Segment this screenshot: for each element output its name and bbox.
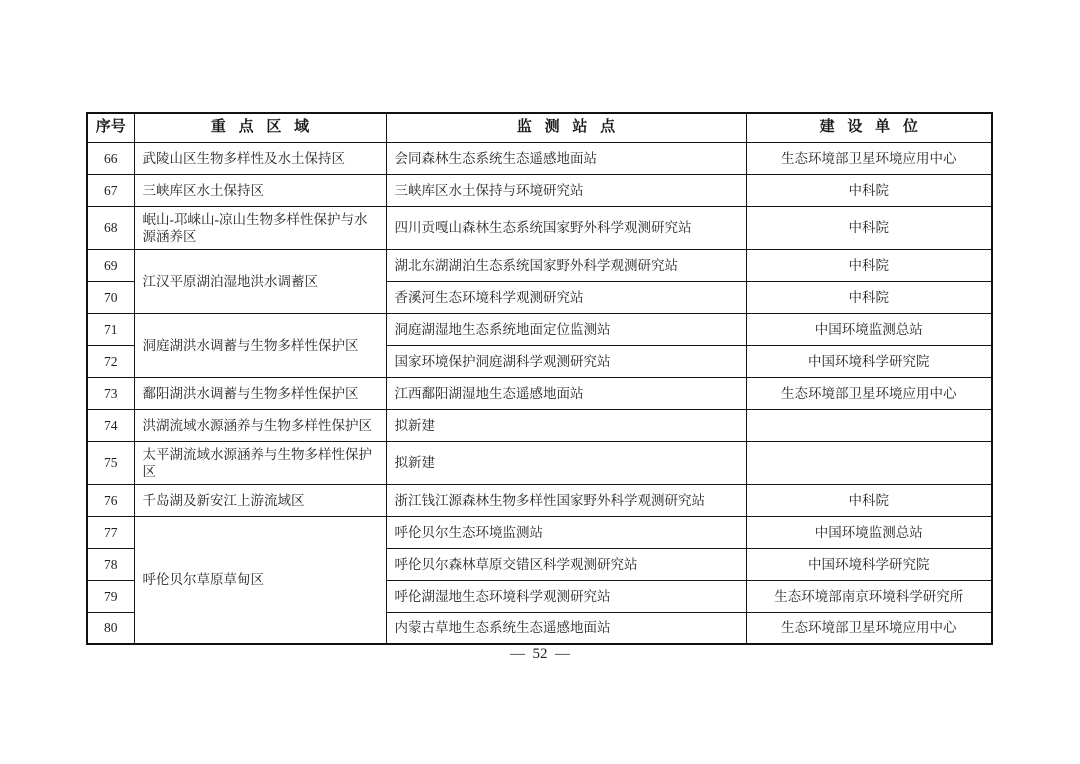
region-cell: 洞庭湖洪水调蓄与生物多样性保护区: [134, 313, 386, 377]
table-row: 73 鄱阳湖洪水调蓄与生物多样性保护区 江西鄱阳湖湿地生态遥感地面站 生态环境部…: [87, 377, 992, 409]
station-cell: 会同森林生态系统生态遥感地面站: [386, 142, 746, 174]
region-cell: 鄱阳湖洪水调蓄与生物多样性保护区: [134, 377, 386, 409]
builder-cell: [746, 441, 992, 484]
builder-cell: 中国环境科学研究院: [746, 548, 992, 580]
seq-cell: 69: [87, 249, 134, 281]
region-cell: 岷山-邛崃山-凉山生物多样性保护与水源涵养区: [134, 206, 386, 249]
region-cell: 三峡库区水土保持区: [134, 174, 386, 206]
seq-cell: 76: [87, 484, 134, 516]
builder-cell: 生态环境部南京环境科学研究所: [746, 580, 992, 612]
seq-cell: 67: [87, 174, 134, 206]
seq-cell: 73: [87, 377, 134, 409]
station-cell: 浙江钱江源森林生物多样性国家野外科学观测研究站: [386, 484, 746, 516]
station-cell: 呼伦贝尔生态环境监测站: [386, 516, 746, 548]
table-row: 66 武陵山区生物多样性及水土保持区 会同森林生态系统生态遥感地面站 生态环境部…: [87, 142, 992, 174]
station-cell: 拟新建: [386, 409, 746, 441]
station-cell: 四川贡嘎山森林生态系统国家野外科学观测研究站: [386, 206, 746, 249]
seq-cell: 75: [87, 441, 134, 484]
station-cell: 呼伦贝尔森林草原交错区科学观测研究站: [386, 548, 746, 580]
seq-cell: 66: [87, 142, 134, 174]
builder-cell: 中科院: [746, 174, 992, 206]
seq-cell: 71: [87, 313, 134, 345]
seq-cell: 72: [87, 345, 134, 377]
station-cell: 三峡库区水土保持与环境研究站: [386, 174, 746, 206]
table-row: 76 千岛湖及新安江上游流域区 浙江钱江源森林生物多样性国家野外科学观测研究站 …: [87, 484, 992, 516]
document-page: 序号 重 点 区 域 监 测 站 点 建 设 单 位 66 武陵山区生物多样性及…: [0, 0, 1080, 764]
header-builder: 建 设 单 位: [746, 113, 992, 142]
builder-cell: [746, 409, 992, 441]
station-cell: 拟新建: [386, 441, 746, 484]
region-cell: 洪湖流域水源涵养与生物多样性保护区: [134, 409, 386, 441]
builder-cell: 中国环境监测总站: [746, 516, 992, 548]
seq-cell: 80: [87, 612, 134, 644]
key-areas-monitoring-table: 序号 重 点 区 域 监 测 站 点 建 设 单 位 66 武陵山区生物多样性及…: [86, 112, 993, 645]
region-cell: 江汉平原湖泊湿地洪水调蓄区: [134, 249, 386, 313]
region-cell: 武陵山区生物多样性及水土保持区: [134, 142, 386, 174]
table-row: 75 太平湖流域水源涵养与生物多样性保护区 拟新建: [87, 441, 992, 484]
table-row: 69 江汉平原湖泊湿地洪水调蓄区 湖北东湖湖泊生态系统国家野外科学观测研究站 中…: [87, 249, 992, 281]
table-header-row: 序号 重 点 区 域 监 测 站 点 建 设 单 位: [87, 113, 992, 142]
table-row: 67 三峡库区水土保持区 三峡库区水土保持与环境研究站 中科院: [87, 174, 992, 206]
seq-cell: 70: [87, 281, 134, 313]
header-region: 重 点 区 域: [134, 113, 386, 142]
table-row: 68 岷山-邛崃山-凉山生物多样性保护与水源涵养区 四川贡嘎山森林生态系统国家野…: [87, 206, 992, 249]
builder-cell: 中国环境监测总站: [746, 313, 992, 345]
builder-cell: 中国环境科学研究院: [746, 345, 992, 377]
builder-cell: 中科院: [746, 484, 992, 516]
builder-cell: 中科院: [746, 249, 992, 281]
seq-cell: 74: [87, 409, 134, 441]
seq-cell: 79: [87, 580, 134, 612]
table-row: 77 呼伦贝尔草原草甸区 呼伦贝尔生态环境监测站 中国环境监测总站: [87, 516, 992, 548]
builder-cell: 生态环境部卫星环境应用中心: [746, 377, 992, 409]
station-cell: 呼伦湖湿地生态环境科学观测研究站: [386, 580, 746, 612]
builder-cell: 生态环境部卫星环境应用中心: [746, 142, 992, 174]
station-cell: 洞庭湖湿地生态系统地面定位监测站: [386, 313, 746, 345]
header-seq: 序号: [87, 113, 134, 142]
builder-cell: 中科院: [746, 206, 992, 249]
seq-cell: 68: [87, 206, 134, 249]
region-cell: 太平湖流域水源涵养与生物多样性保护区: [134, 441, 386, 484]
page-number: — 52 —: [0, 646, 1080, 663]
builder-cell: 生态环境部卫星环境应用中心: [746, 612, 992, 644]
station-cell: 江西鄱阳湖湿地生态遥感地面站: [386, 377, 746, 409]
station-cell: 国家环境保护洞庭湖科学观测研究站: [386, 345, 746, 377]
region-cell: 呼伦贝尔草原草甸区: [134, 516, 386, 644]
seq-cell: 77: [87, 516, 134, 548]
station-cell: 香溪河生态环境科学观测研究站: [386, 281, 746, 313]
station-cell: 内蒙古草地生态系统生态遥感地面站: [386, 612, 746, 644]
builder-cell: 中科院: [746, 281, 992, 313]
table-row: 74 洪湖流域水源涵养与生物多样性保护区 拟新建: [87, 409, 992, 441]
table-row: 71 洞庭湖洪水调蓄与生物多样性保护区 洞庭湖湿地生态系统地面定位监测站 中国环…: [87, 313, 992, 345]
header-station: 监 测 站 点: [386, 113, 746, 142]
station-cell: 湖北东湖湖泊生态系统国家野外科学观测研究站: [386, 249, 746, 281]
region-cell: 千岛湖及新安江上游流域区: [134, 484, 386, 516]
seq-cell: 78: [87, 548, 134, 580]
